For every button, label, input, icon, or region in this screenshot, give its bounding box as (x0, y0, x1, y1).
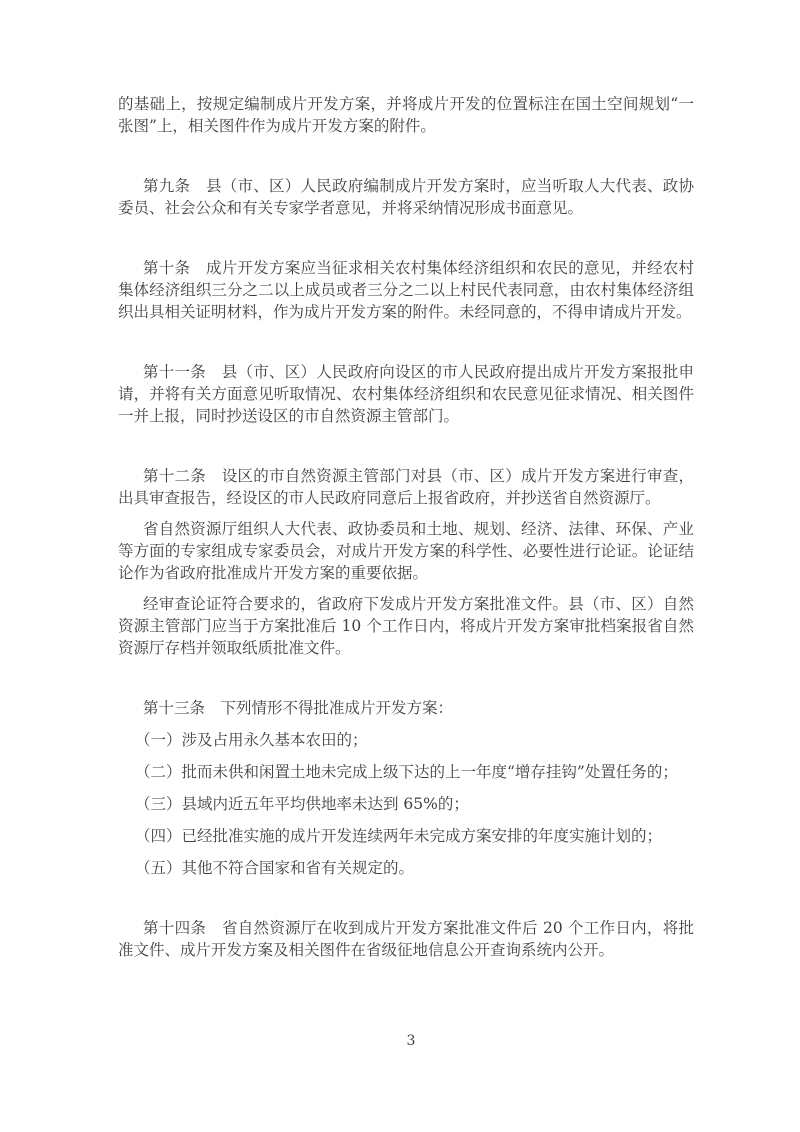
list-item-2: （二）批而未供和闲置土地未完成上级下达的上一年度“增存挂钩”处置任务的； (118, 761, 694, 783)
paragraph-article-12-1: 第十二条 设区的市自然资源主管部门对县（市、区）成片开发方案进行审查，出具审查报… (118, 465, 694, 509)
list-item-4: （四）已经批准实施的成片开发连续两年未完成方案安排的年度实施计划的； (118, 825, 694, 847)
paragraph-continuation: 的基础上，按规定编制成片开发方案，并将成片开发的位置标注在国土空间规划“一张图”… (118, 93, 694, 137)
paragraph-article-11: 第十一条 县（市、区）人民政府向设区的市人民政府提出成片开发方案报批申请，并将有… (118, 361, 694, 427)
paragraph-article-14: 第十四条 省自然资源厅在收到成片开发方案批准文件后 20 个工作日内，将批准文件… (118, 917, 694, 961)
paragraph-article-9: 第九条 县（市、区）人民政府编制成片开发方案时，应当听取人大代表、政协委员、社会… (118, 175, 694, 219)
paragraph-article-13-header: 第十三条 下列情形不得批准成片开发方案： (118, 697, 694, 719)
list-item-3: （三）县域内近五年平均供地率未达到 65%的； (118, 793, 694, 815)
document-body: 的基础上，按规定编制成片开发方案，并将成片开发的位置标注在国土空间规划“一张图”… (118, 93, 694, 961)
paragraph-article-10: 第十条 成片开发方案应当征求相关农村集体经济组织和农民的意见，并经农村集体经济组… (118, 257, 694, 323)
paragraph-article-12-3: 经审查论证符合要求的，省政府下发成片开发方案批准文件。县（市、区）自然资源主管部… (118, 593, 694, 659)
page-number: 3 (118, 1032, 704, 1050)
paragraph-article-12-2: 省自然资源厅组织人大代表、政协委员和土地、规划、经济、法律、环保、产业等方面的专… (118, 518, 694, 584)
list-item-1: （一）涉及占用永久基本农田的； (118, 729, 694, 751)
list-item-5: （五）其他不符合国家和省有关规定的。 (118, 857, 694, 879)
document-page: 的基础上，按规定编制成片开发方案，并将成片开发的位置标注在国土空间规划“一张图”… (0, 0, 800, 1132)
